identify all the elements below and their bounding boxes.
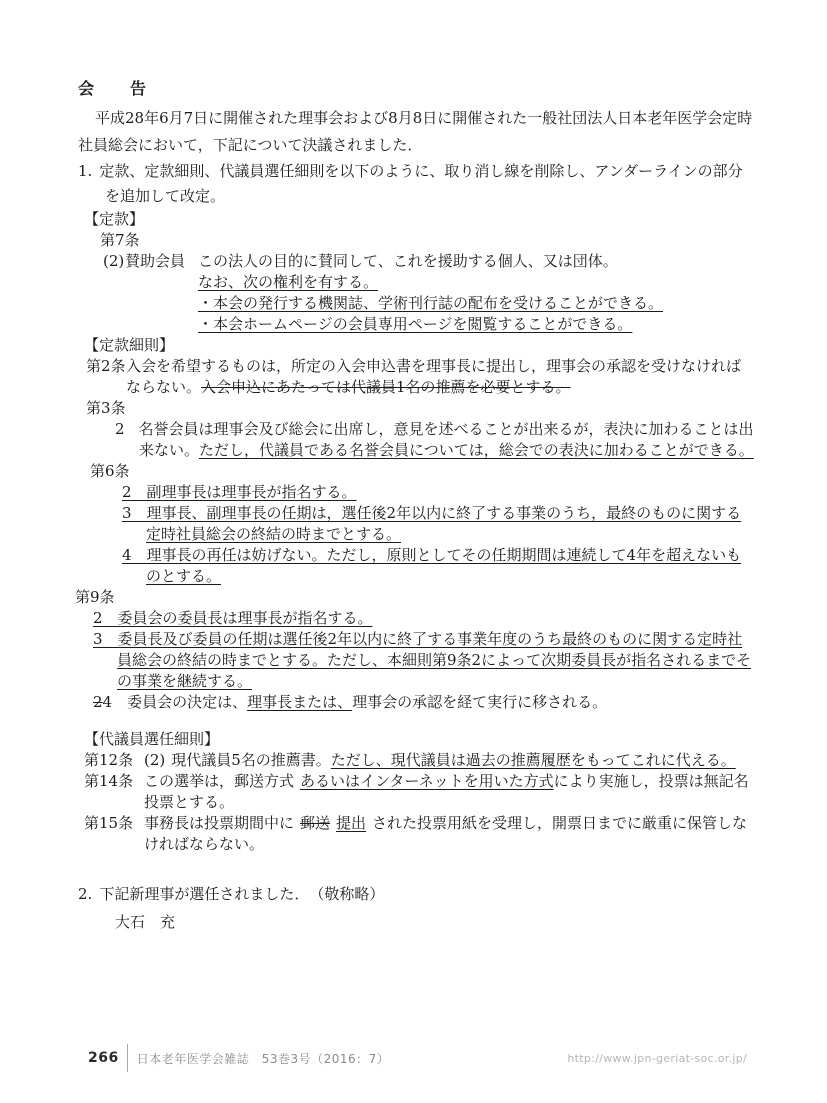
announcement-title: 会 告	[78, 78, 754, 99]
article-12-body: (2)現代議員5名の推薦書。ただし、現代議員は過去の推薦履歴をもってこれに代える…	[144, 750, 754, 771]
article-3-label: 第3条	[86, 398, 754, 419]
article-14-row: 第14条 この選挙は，郵送方式あるいはインターネットを用いた方式により実施し，投…	[78, 771, 754, 813]
added-text: ・本会ホームページの会員専用ページを閲覧することができる。	[198, 315, 632, 333]
resolution-item-1-text: 定款、定款細則、代議員選任細則を以下のように、取り消し線を削除し、アンダーライン…	[99, 162, 742, 205]
added-text: 理事長または、	[247, 693, 352, 711]
page-number: 266	[88, 1050, 119, 1066]
resolution-item-1: 1.定款、定款細則、代議員選任細則を以下のように、取り消し線を削除し、アンダーラ…	[78, 159, 754, 209]
journal-announcement-page: 会 告 平成28年6月7日に開催された理事会および8月8日に開催された一般社団法…	[0, 0, 827, 1103]
article-9-item-4: 24 委員会の決定は、理事長または、理事会の承認を経て実行に移される。	[93, 692, 754, 713]
footer-divider	[127, 1044, 128, 1072]
elected-director-name: 大石 充	[115, 912, 754, 933]
page-content: 会 告 平成28年6月7日に開催された理事会および8月8日に開催された一般社団法…	[78, 0, 754, 933]
added-line: ・本会ホームページの会員専用ページを閲覧することができる。	[198, 314, 754, 335]
article-12-label: 第12条	[84, 750, 136, 771]
article-15-body: 事務長は投票期間中に郵送提出された投票用紙を受理し，開票日までに厳重に保管しなけ…	[144, 813, 754, 855]
list-number: 1.	[78, 162, 92, 180]
clause-text: この選挙は，郵送方式	[144, 772, 294, 790]
member-type-term: 賛助会員	[125, 251, 198, 335]
article-14-label: 第14条	[84, 771, 136, 792]
added-text: ・本会の発行する機関誌、学術刊行誌の配布を受けることができる。	[198, 294, 663, 312]
added-text: なお、次の権利を有する。	[198, 273, 378, 291]
article-9-label: 第9条	[75, 587, 754, 608]
article-14-body: この選挙は，郵送方式あるいはインターネットを用いた方式により実施し，投票は無記名…	[144, 771, 754, 813]
article-6-label: 第6条	[90, 461, 754, 482]
clause-text: 4 委員会の決定は、	[103, 693, 248, 711]
added-text: 2 副理事長は理事長が指名する。	[122, 483, 357, 501]
article-6-item-3: 3 理事長、副理事長の任期は，選任後2年以内に終了する事業のうち，最終のものに関…	[122, 503, 754, 545]
journal-url: http://www.jpn-geriat-soc.or.jp/	[567, 1052, 747, 1065]
article-15-row: 第15条 事務長は投票期間中に郵送提出された投票用紙を受理し，開票日までに厳重に…	[78, 813, 754, 855]
clause-number: (2)	[144, 751, 165, 769]
article-9-item-3: 3 委員長及び委員の任期は選任後2年以内に終了する事業年度のうち最終のものに関す…	[93, 629, 754, 692]
resolution-item-2-text: 下記新理事が選任されました． （敬称略）	[99, 885, 384, 903]
article-9-item-2: 2 委員会の委員長は理事長が指名する。	[93, 608, 754, 629]
article-6-item-2: 2 副理事長は理事長が指名する。	[122, 482, 754, 503]
clause-body: この法人の目的に賛同して、これを援助する個人、又は団体。 なお、次の権利を有する…	[198, 251, 754, 335]
article-7-label: 第7条	[100, 230, 754, 251]
added-text: 提出	[336, 814, 366, 832]
clause-number: 2	[115, 420, 125, 438]
page-footer: 266 日本老年医学会雑誌 53巻3号（2016：7） http://www.j…	[0, 1042, 827, 1074]
article-15-label: 第15条	[84, 813, 136, 834]
section-heading-daigiin: 【代議員選任細則】	[84, 729, 754, 750]
section-heading-saisoku: 【定款細則】	[84, 335, 754, 356]
added-line: ・本会の発行する機関誌、学術刊行誌の配布を受けることができる。	[198, 293, 754, 314]
journal-citation: 日本老年医学会雑誌 53巻3号（2016：7）	[137, 1050, 390, 1067]
added-text: 3 理事長、副理事長の任期は，選任後2年以内に終了する事業のうち，最終のものに関…	[122, 504, 741, 543]
article-2-row: 第2条 入会を希望するものは，所定の入会申込書を理事長に提出し，理事会の承認を受…	[78, 356, 754, 398]
added-text: 2 委員会の委員長は理事長が指名する。	[93, 609, 373, 627]
article-2-body: 入会を希望するものは，所定の入会申込書を理事長に提出し，理事会の承認を受けなけれ…	[126, 356, 754, 398]
clause-text: 事務長は投票期間中に	[144, 814, 294, 832]
section-heading-teikan: 【定款】	[84, 209, 754, 230]
clause-number: (2)	[103, 251, 125, 335]
added-line: なお、次の権利を有する。	[198, 272, 754, 293]
resolution-item-2: 2.下記新理事が選任されました． （敬称略）	[78, 882, 754, 907]
article-3-clause-2: 2名誉会員は理事会及び総会に出席し，意見を述べることが出来るが，表決に加わること…	[115, 419, 754, 461]
deleted-text: 入会申込にあたっては代議員1名の推薦を必要とする。	[201, 378, 571, 396]
added-text: あるいはインターネットを用いた方式	[300, 772, 554, 790]
added-text: ただし、現代議員は過去の推薦履歴をもってこれに代える。	[331, 751, 736, 769]
deleted-text: 2	[93, 693, 103, 711]
article-6-item-4: 4 理事長の再任は妨げない。ただし，原則としてその任期期間は連続して4年を超えな…	[122, 545, 754, 587]
list-number: 2.	[78, 885, 92, 903]
added-text: 4 理事長の再任は妨げない。ただし，原則としてその任期期間は連続して4年を超えな…	[122, 546, 741, 585]
clause-text: この法人の目的に賛同して、これを援助する個人、又は団体。	[198, 251, 754, 272]
article-2-label: 第2条	[86, 356, 126, 377]
article-7-clause-2: (2) 賛助会員 この法人の目的に賛同して、これを援助する個人、又は団体。 なお…	[103, 251, 754, 335]
article-12-row: 第12条 (2)現代議員5名の推薦書。ただし、現代議員は過去の推薦履歴をもってこ…	[78, 750, 754, 771]
intro-paragraph: 平成28年6月7日に開催された理事会および8月8日に開催された一般社団法人日本老…	[78, 105, 754, 159]
clause-text: 理事会の承認を経て実行に移される。	[352, 693, 607, 711]
added-text: ただし，代議員である名誉会員については，総会での表決に加わることができる。	[199, 441, 754, 459]
deleted-text: 郵送	[300, 814, 330, 832]
added-text: 3 委員長及び委員の任期は選任後2年以内に終了する事業年度のうち最終のものに関す…	[93, 630, 751, 690]
clause-text: 現代議員5名の推薦書。	[171, 751, 331, 769]
